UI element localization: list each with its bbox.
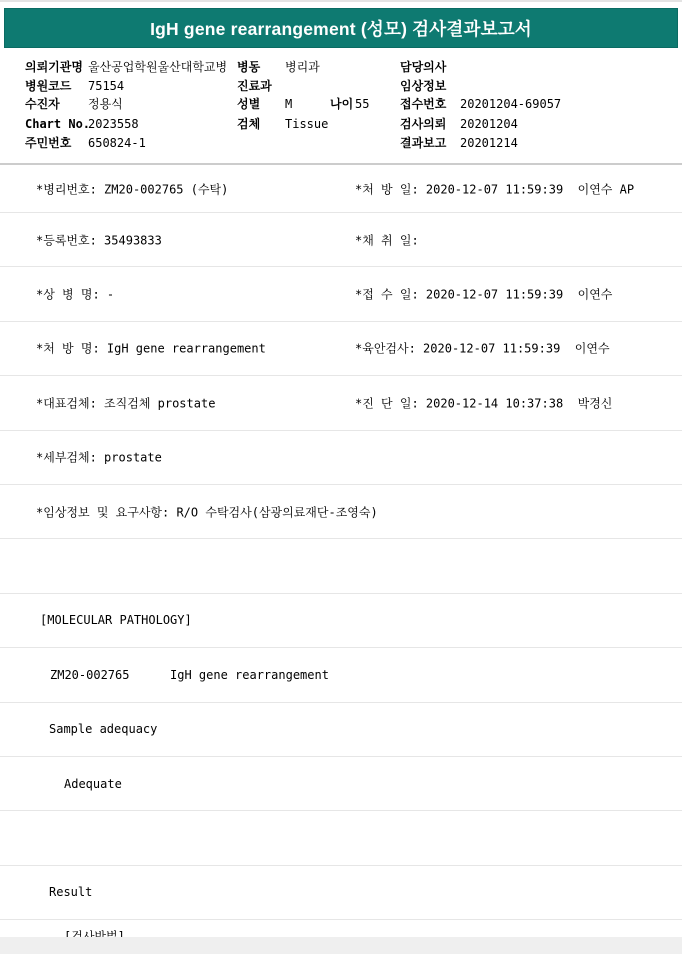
- detail-left: *상 병 명: -: [36, 286, 114, 303]
- field-value: 20201204-69057: [460, 97, 561, 111]
- adequacy-label-row: Sample adequacy: [0, 703, 682, 757]
- field-value: 75154: [88, 79, 124, 93]
- report-body: *병리번호: ZM20-002765 (수탁) *처 방 일: 2020-12-…: [0, 165, 682, 951]
- detail-row: *대표검체: 조직검체 prostate *진 단 일: 2020-12-14 …: [0, 376, 682, 430]
- detail-left: *병리번호: ZM20-002765 (수탁): [36, 180, 228, 197]
- field-label: Chart No.: [25, 117, 90, 131]
- field-value: 병리과: [285, 60, 320, 74]
- detail-left: *세부검체: prostate: [36, 449, 162, 466]
- detail-right: *진 단 일: 2020-12-14 10:37:38 박경신: [355, 394, 612, 411]
- detail-row: *세부검체: prostate: [0, 431, 682, 485]
- adequacy-value: Adequate: [64, 777, 122, 791]
- page-title: IgH gene rearrangement (성모) 검사결과보고서: [150, 16, 532, 41]
- section-header-row: [MOLECULAR PATHOLOGY]: [0, 594, 682, 648]
- field-label: 의뢰기관명: [25, 60, 83, 74]
- field-label: 임상정보: [400, 79, 446, 93]
- detail-row: *처 방 명: IgH gene rearrangement *육안검사: 20…: [0, 322, 682, 376]
- detail-left: *등록번호: 35493833: [36, 231, 162, 248]
- detail-row: *등록번호: 35493833 *채 취 일:: [0, 213, 682, 267]
- detail-left: *대표검체: 조직검체 prostate: [36, 394, 215, 411]
- specimen-number: ZM20-002765: [50, 668, 129, 682]
- report-title-bar: IgH gene rearrangement (성모) 검사결과보고서: [4, 8, 678, 48]
- field-label: 병원코드: [25, 79, 71, 93]
- specimen-row: ZM20-002765 IgH gene rearrangement: [0, 648, 682, 702]
- footer-strip: [0, 937, 682, 954]
- detail-left: *처 방 명: IgH gene rearrangement: [36, 340, 266, 357]
- detail-left: *임상정보 및 요구사항: R/O 수탁검사(삼광의료재단-조영숙): [36, 503, 378, 520]
- field-label: 검사의뢰: [400, 117, 446, 131]
- detail-row: *상 병 명: - *접 수 일: 2020-12-07 11:59:39 이연…: [0, 267, 682, 321]
- patient-header-line: 수진자 정용식 성별 M 나이 55 접수번호 20201204-69057: [0, 97, 682, 111]
- field-label: 나이: [330, 97, 353, 111]
- field-label: 담당의사: [400, 60, 446, 74]
- field-value: 650824-1: [88, 136, 146, 150]
- field-label: 성별: [237, 97, 260, 111]
- field-label: 검체: [237, 117, 260, 131]
- patient-header-line: 병원코드 75154 진료과 임상정보: [0, 79, 682, 93]
- field-value: 울산공업학원울산대학교병: [88, 60, 227, 74]
- field-value: 2023558: [88, 117, 139, 131]
- field-label: 진료과: [237, 79, 272, 93]
- detail-row: *병리번호: ZM20-002765 (수탁) *처 방 일: 2020-12-…: [0, 165, 682, 213]
- field-label: 병동: [237, 60, 260, 74]
- detail-right: *접 수 일: 2020-12-07 11:59:39 이연수: [355, 286, 612, 303]
- patient-header-line: 의뢰기관명 울산공업학원울산대학교병 병동 병리과 담당의사: [0, 60, 682, 74]
- detail-right: *채 취 일:: [355, 231, 419, 248]
- field-label: 주민번호: [25, 136, 71, 150]
- patient-header-line: Chart No. 2023558 검체 Tissue 검사의뢰 2020120…: [0, 117, 682, 131]
- field-label: 수진자: [25, 97, 60, 111]
- adequacy-value-row: Adequate: [0, 757, 682, 811]
- field-label: 접수번호: [400, 97, 446, 111]
- section-header: [MOLECULAR PATHOLOGY]: [40, 613, 192, 627]
- detail-right: *처 방 일: 2020-12-07 11:59:39 이연수 AP: [355, 180, 634, 197]
- test-name: IgH gene rearrangement: [170, 668, 329, 682]
- result-label: Result: [49, 885, 92, 899]
- detail-right: *육안검사: 2020-12-07 11:59:39 이연수: [355, 340, 610, 357]
- field-value: 55: [355, 97, 369, 111]
- field-value: 정용식: [88, 97, 123, 111]
- field-label: 결과보고: [400, 136, 446, 150]
- field-value: M: [285, 97, 292, 111]
- result-row: Result: [0, 866, 682, 920]
- field-value: 20201204: [460, 117, 518, 131]
- empty-row: [0, 811, 682, 865]
- field-value: Tissue: [285, 117, 328, 131]
- field-value: 20201214: [460, 136, 518, 150]
- empty-row: [0, 539, 682, 593]
- lab-report-page: IgH gene rearrangement (성모) 검사결과보고서 의뢰기관…: [0, 0, 682, 954]
- adequacy-label: Sample adequacy: [49, 722, 157, 736]
- patient-header-line: 주민번호 650824-1 결과보고 20201214: [0, 136, 682, 150]
- detail-row: *임상정보 및 요구사항: R/O 수탁검사(삼광의료재단-조영숙): [0, 485, 682, 539]
